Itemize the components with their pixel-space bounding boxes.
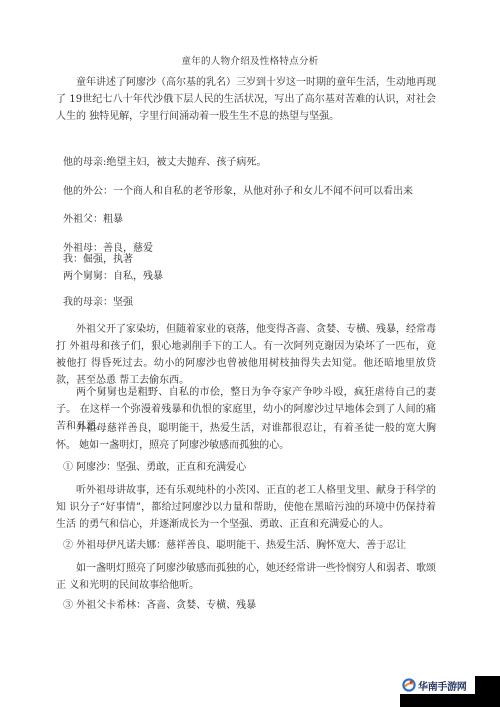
item-1-paragraph: 听外祖母讲故事，还有乐观纯朴的小茨冈、正直的老工人格里戈里、献身于科学的知 识分…: [56, 482, 436, 533]
character-line: 他的外公：一个商人和自私的老爷形象，从他对孙子和女儿不闻不问可以看出来: [63, 185, 413, 199]
item-1-heading: ① 阿廖沙：坚强、勇敢，正直和充满爱心: [63, 461, 246, 475]
watermark-black-block: [475, 676, 500, 707]
character-line: 我的母亲：坚强: [63, 296, 133, 310]
item-2-heading: ② 外祖母伊凡诺夫娜：慈祥善良、聪明能干、热爱生活、胸怀宽大、善于忍让: [63, 539, 406, 553]
watermark-brand: 华南手游网: [418, 678, 467, 693]
item-2-paragraph: 如一盏明灯照亮了阿廖沙敏感而孤独的心，她还经常讲一些怜悯穷人和弱者、歌颂正 义和…: [56, 560, 436, 594]
page-title: 童年的人物介绍及性格特点分析: [0, 53, 500, 67]
document-page: 童年的人物介绍及性格特点分析 童年讲述了阿廖沙（高尔基的乳名）三岁到十岁这一时期…: [0, 0, 500, 707]
watermark: 华南手游网: [400, 676, 500, 707]
character-line: 我：倔强，执著: [63, 253, 133, 267]
grandfather-paragraph: 外祖父开了家染坊，但随着家业的衰落，他变得吝啬、贪婪、专横、残暴，经常毒打 外祖…: [56, 321, 436, 389]
item-3-heading: ③ 外祖父卡希林：吝啬、贪婪、专横、残暴: [63, 599, 256, 613]
grandmother-paragraph: 外祖母慈祥善良，聪明能干，热爱生活，对谁都很忍让，有着圣徒一般的宽大胸怀。 她如…: [56, 420, 436, 454]
character-line: 他的母亲:绝望主妇，被丈夫抛弃、孩子病死。: [63, 156, 266, 170]
brand-logo-icon: [402, 678, 416, 692]
intro-paragraph: 童年讲述了阿廖沙（高尔基的乳名）三岁到十岁这一时期的童年生活，生动地再现了 19…: [56, 74, 436, 125]
character-line: 外祖父：粗暴: [63, 213, 123, 227]
watermark-badge: 华南手游网: [400, 676, 475, 694]
character-line: 两个舅舅：自私，残暴: [63, 270, 163, 284]
